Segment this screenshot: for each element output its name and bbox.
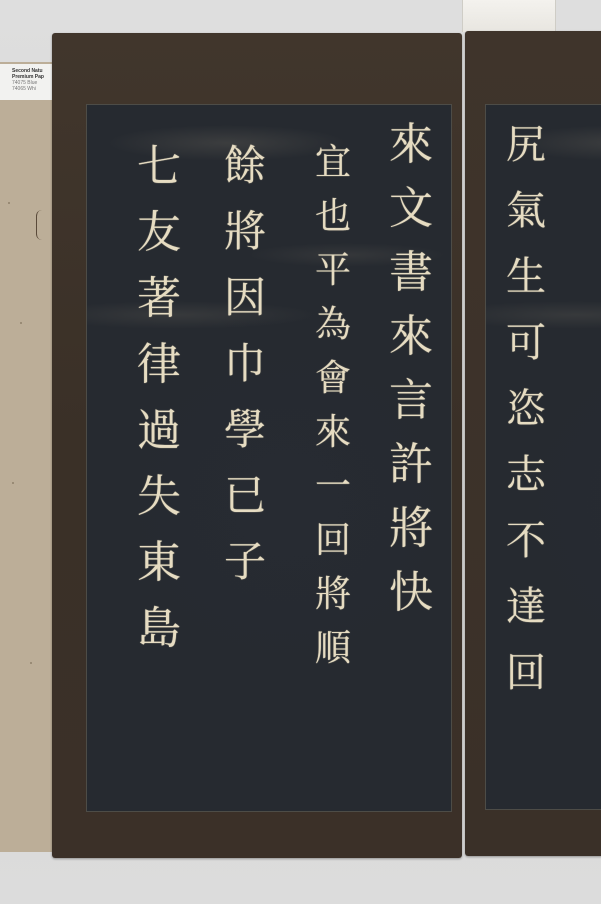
glyph: 七 [137,145,181,189]
paper-sample-label: Second Natu Premium Pap 74075 Blue 74065… [0,64,56,100]
glyph: 餘 [224,145,266,187]
glyph: 因 [224,277,266,319]
glyph: 將 [315,577,351,613]
calligraphy-column-3: 餘 將 因 巾 學 已 子 [224,145,266,607]
glyph: 會 [315,361,351,397]
glyph: 已 [224,475,266,517]
glyph: 島 [137,607,181,651]
glyph: 來 [389,315,433,359]
glyph: 過 [137,409,181,453]
glyph: 失 [137,475,181,519]
glyph: 將 [389,507,433,551]
white-tape-strip [462,0,556,32]
glyph: 順 [315,631,351,667]
glyph: 律 [137,343,181,387]
glyph: 許 [389,443,433,487]
glyph: 回 [315,523,351,559]
glyph: 也 [315,199,351,235]
glyph: 平 [315,253,351,289]
label-line: 74065 Whi [12,86,56,92]
calligraphy-rubbing-second: 尻 氣 生 可 恣 志 不 達 回 [485,104,601,810]
glyph: 言 [389,379,433,423]
glyph: 來 [389,123,433,167]
glyph: 為 [315,307,351,343]
calligraphy-column-1: 尻 氣 生 可 恣 志 不 達 回 [506,125,546,719]
glyph: 子 [224,541,266,583]
calligraphy-rubbing-main: 來 文 書 來 言 許 將 快 宜 也 平 為 會 來 一 回 將 順 餘 將 … [86,104,452,812]
glyph: 生 [506,257,546,297]
glyph: 書 [389,251,433,295]
glyph: 宜 [315,145,351,181]
pencil-bracket-mark [36,210,47,240]
paper-speck [30,662,32,664]
album-leaf-second: 尻 氣 生 可 恣 志 不 達 回 [465,31,601,856]
glyph: 學 [224,409,266,451]
calligraphy-column-1: 來 文 書 來 言 許 將 快 [389,123,433,635]
glyph: 巾 [224,343,266,385]
glyph: 來 [315,415,351,451]
glyph: 東 [137,541,181,585]
glyph: 文 [389,187,433,231]
glyph: 快 [389,571,433,615]
glyph: 達 [506,587,546,627]
calligraphy-column-4: 七 友 著 律 過 失 東 島 [137,145,181,673]
glyph: 友 [137,211,181,255]
glyph: 回 [506,653,546,693]
album-leaf-main: 來 文 書 來 言 許 將 快 宜 也 平 為 會 來 一 回 將 順 餘 將 … [52,33,462,858]
paper-speck [20,322,22,324]
glyph: 恣 [506,389,546,429]
glyph: 不 [506,521,546,561]
beige-paper-sample-card [0,62,58,852]
paper-speck [12,482,14,484]
glyph: 可 [506,323,546,363]
glyph: 氣 [506,191,546,231]
glyph: 將 [224,211,266,253]
paper-speck [8,202,10,204]
glyph: 志 [506,455,546,495]
glyph: 著 [137,277,181,321]
glyph: 尻 [506,125,546,165]
glyph: 一 [315,469,351,505]
calligraphy-column-2: 宜 也 平 為 會 來 一 回 將 順 [315,145,351,685]
